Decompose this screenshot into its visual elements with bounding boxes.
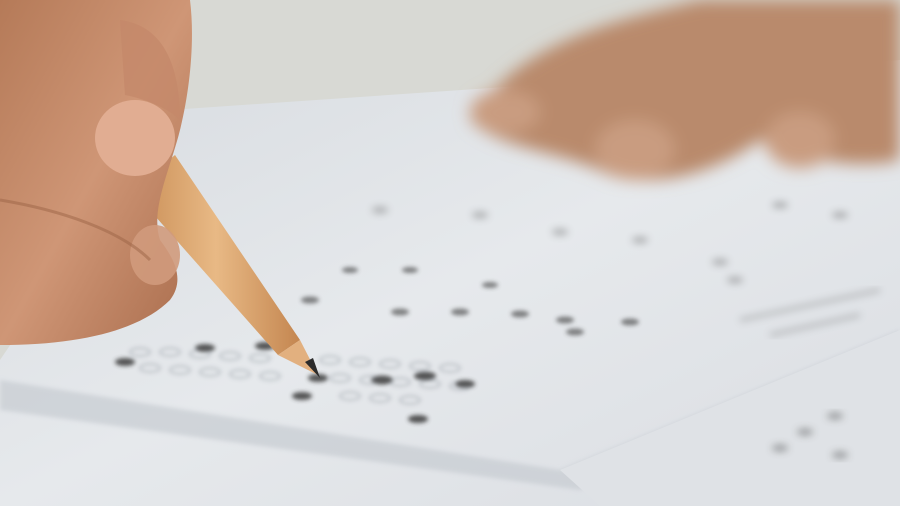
writing-hand xyxy=(0,0,192,345)
scene-illustration xyxy=(0,0,900,506)
photo-scene xyxy=(0,0,900,506)
thumbnail xyxy=(95,100,175,176)
